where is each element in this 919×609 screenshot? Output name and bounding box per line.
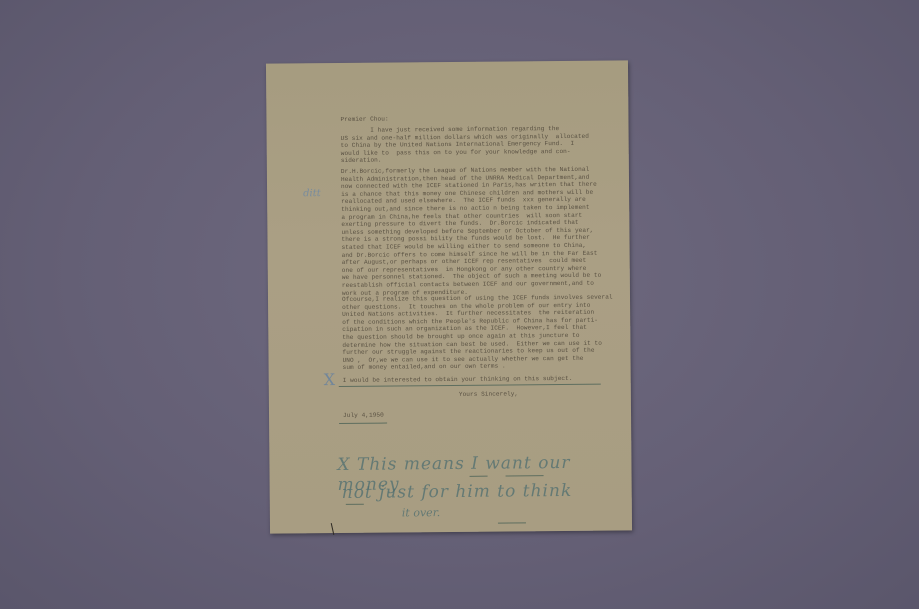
handwritten-underline-1 <box>470 476 488 478</box>
handwritten-line-2: not just for him to think <box>342 481 573 503</box>
handwritten-underline-4 <box>498 522 526 524</box>
salutation: Premier Chou: <box>340 116 388 124</box>
date-underline <box>339 423 387 425</box>
x-mark-icon: X <box>324 370 336 389</box>
pencil-stroke <box>331 523 335 535</box>
signoff: Yours Sincerely, <box>459 390 518 398</box>
closing-underline <box>339 384 601 388</box>
date: July 4,1950 <box>343 412 384 420</box>
margin-note: ditt <box>303 188 321 199</box>
letter-page: Premier Chou: I have just received some … <box>266 60 632 533</box>
handwritten-line-3: it over. <box>402 506 440 519</box>
closing-line: I would be interested to obtain your thi… <box>343 375 573 385</box>
paragraph-3: Ofcourse,I realize this question of usin… <box>342 294 613 372</box>
paragraph-1: I have just received some information re… <box>341 125 590 165</box>
handwritten-underline-3 <box>346 504 364 506</box>
paragraph-2: Dr.H.Borcic,formerly the League of Natio… <box>341 166 602 297</box>
